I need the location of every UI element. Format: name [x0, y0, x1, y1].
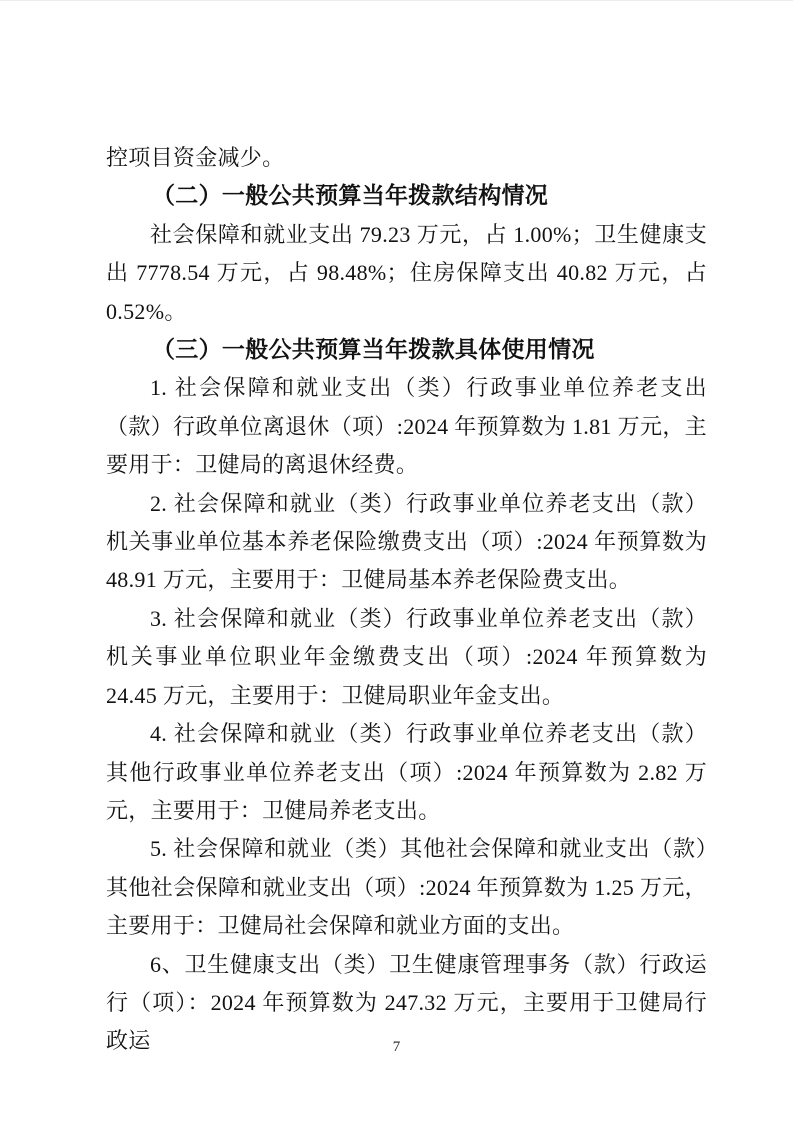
document-page: 控项目资金减少。 （二）一般公共预算当年拨款结构情况 社会保障和就业支出 79.…: [0, 0, 793, 1123]
page-number: 7: [393, 1039, 401, 1055]
paragraph-item-1: 1. 社会保障和就业支出（类）行政事业单位养老支出（款）行政单位离退休（项）:2…: [106, 369, 707, 484]
page-footer: 7: [0, 1037, 793, 1057]
heading-section-3: （三）一般公共预算当年拨款具体使用情况: [106, 331, 707, 369]
paragraph-item-4: 4. 社会保障和就业（类）行政事业单位养老支出（款）其他行政事业单位养老支出（项…: [106, 715, 707, 830]
paragraph-item-3: 3. 社会保障和就业（类）行政事业单位养老支出（款）机关事业单位职业年金缴费支出…: [106, 600, 707, 715]
heading-section-2: （二）一般公共预算当年拨款结构情况: [106, 177, 707, 215]
document-body: 控项目资金减少。 （二）一般公共预算当年拨款结构情况 社会保障和就业支出 79.…: [106, 139, 707, 1061]
paragraph-item-2: 2. 社会保障和就业（类）行政事业单位养老支出（款）机关事业单位基本养老保险缴费…: [106, 485, 707, 600]
paragraph-budget-structure: 社会保障和就业支出 79.23 万元，占 1.00%；卫生健康支出 7778.5…: [106, 216, 707, 331]
paragraph-continuation: 控项目资金减少。: [106, 139, 707, 177]
paragraph-item-5: 5. 社会保障和就业（类）其他社会保障和就业支出（款）其他社会保障和就业支出（项…: [106, 830, 707, 945]
